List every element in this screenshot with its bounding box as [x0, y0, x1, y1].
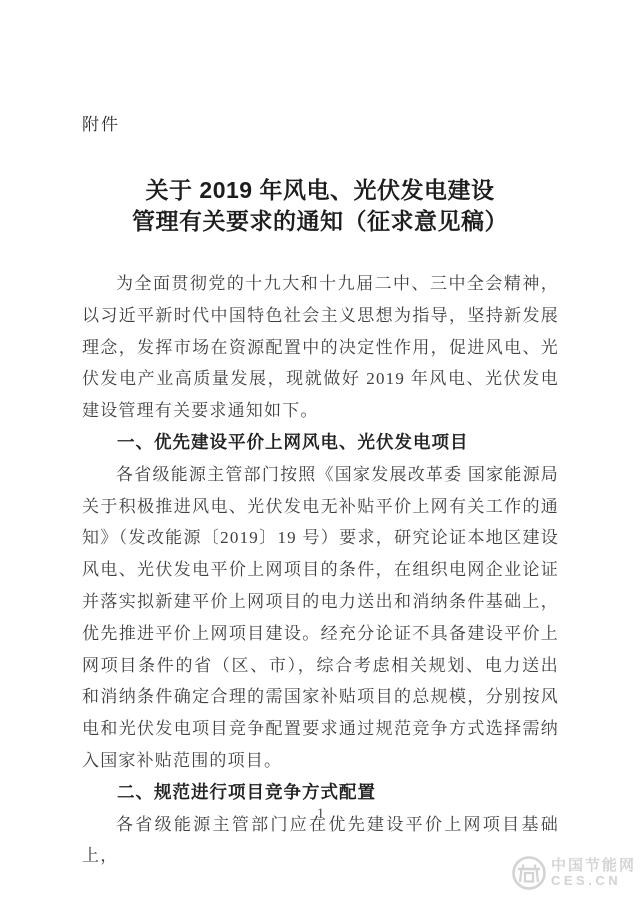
intro-paragraph: 为全面贯彻党的十九大和十九届二中、三中全会精神，以习近平新时代中国特色社会主义思… [82, 268, 559, 427]
watermark-site-name: 中国节能网 [551, 857, 636, 874]
ces-logo-icon [511, 855, 547, 891]
document-title-line2: 管理有关要求的通知（征求意见稿） [0, 206, 640, 237]
site-watermark: 中国节能网 CES.CN [511, 855, 636, 891]
attachment-label: 附件 [82, 110, 120, 135]
page-number: 1 [82, 806, 559, 823]
document-title-line1: 关于 2019 年风电、光伏发电建设 [0, 175, 640, 206]
document-body: 为全面贯彻党的十九大和十九届二中、三中全会精神，以习近平新时代中国特色社会主义思… [82, 268, 559, 872]
document-title: 关于 2019 年风电、光伏发电建设 管理有关要求的通知（征求意见稿） [0, 175, 640, 237]
section2-heading: 二、规范进行项目竞争方式配置 [82, 777, 559, 809]
watermark-site-domain: CES.CN [551, 874, 636, 889]
section1-heading: 一、优先建设平价上网风电、光伏发电项目 [82, 427, 559, 459]
document-page: 附件 关于 2019 年风电、光伏发电建设 管理有关要求的通知（征求意见稿） 为… [0, 0, 640, 905]
watermark-text: 中国节能网 CES.CN [551, 857, 636, 889]
section1-paragraph: 各省级能源主管部门按照《国家发展改革委 国家能源局关于积极推进风电、光伏发电无补… [82, 459, 559, 777]
